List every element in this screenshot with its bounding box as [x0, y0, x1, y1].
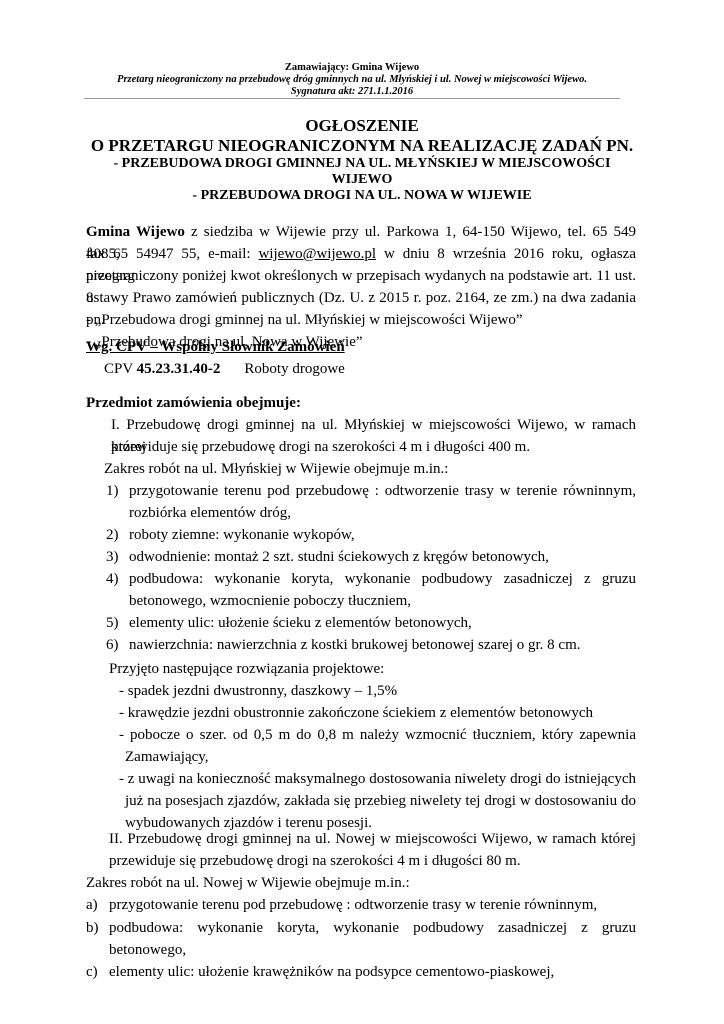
- title-subtitle: O PRZETARGU NIEOGRANICZONYM NA REALIZACJ…: [84, 136, 640, 156]
- cpv-line: CPV 45.23.31.40-2Roboty drogowe: [104, 358, 345, 380]
- part1-item-1: przygotowanie terenu pod przebudowę : od…: [129, 480, 636, 502]
- document-page: Zamawiający: Gmina Wijewo Przetarg nieog…: [0, 0, 724, 1024]
- title-announcement: OGŁOSZENIE: [84, 116, 640, 136]
- header-reference: Sygnatura akt: 271.1.1.2016: [84, 86, 620, 98]
- part2-works-heading: Zakres robót na ul. Nowej w Wijewie obej…: [86, 872, 410, 894]
- title-task2: - PRZEBUDOWA DROGI NA UL. NOWA W WIJEWIE: [84, 188, 640, 204]
- intro-task1: - „Przebudowa drogi gminnej na ul. Młyńs…: [86, 309, 523, 331]
- header-ordering-party: Zamawiający: Gmina Wijewo: [84, 62, 620, 74]
- part2-item-b: podbudowa: wykonanie koryta, wykonanie p…: [109, 917, 636, 939]
- title-task1-cont: WIJEWO: [84, 172, 640, 188]
- part1-item-6: nawierzchnia: nawierzchnia z kostki bruk…: [129, 634, 581, 656]
- scope-heading: Przedmiot zamówienia obejmuje:: [86, 392, 301, 414]
- solution-1: - spadek jezdni dwustronny, daszkowy – 1…: [119, 680, 397, 702]
- email-link[interactable]: wijewo@wijewo.pl: [258, 246, 376, 262]
- part1-intro-line2: przewiduje się przebudowę drogi na szero…: [111, 436, 530, 458]
- part2-intro-line1: II. Przebudowę drogi gminnej na ul. Nowe…: [109, 828, 636, 850]
- solution-2: - krawędzie jezdni obustronnie zakończon…: [119, 702, 593, 724]
- solutions-heading: Przyjęto następujące rozwiązania projekt…: [109, 658, 384, 680]
- part2-item-c: elementy ulic: ułożenie krawężników na p…: [109, 961, 554, 983]
- part2-item-a: przygotowanie terenu pod przebudowę : od…: [109, 894, 597, 916]
- solution-3: - pobocze o szer. od 0,5 m do 0,8 m nale…: [119, 724, 636, 746]
- header-tender-subject: Przetarg nieograniczony na przebudowę dr…: [84, 74, 620, 86]
- part1-item-5: elementy ulic: ułożenie ścieku z element…: [129, 612, 472, 634]
- part1-item-4: podbudowa: wykonanie koryta, wykonanie p…: [129, 568, 636, 590]
- cpv-heading: Wg. CPV – Wspólny Słownik Zamówień: [86, 336, 345, 358]
- part1-item-3: odwodnienie: montaż 2 szt. studni ścieko…: [129, 546, 549, 568]
- part1-works-heading: Zakres robót na ul. Młyńskiej w Wijewie …: [104, 458, 448, 480]
- part2-intro-line2: przewiduje się przebudowę drogi na szero…: [109, 850, 521, 872]
- part1-item-2: roboty ziemne: wykonanie wykopów,: [129, 524, 355, 546]
- org-name: Gmina Wijewo: [86, 224, 185, 240]
- title-task1: - PRZEBUDOWA DROGI GMINNEJ NA UL. MŁYŃSK…: [84, 156, 640, 172]
- cpv-code: 45.23.31.40-2: [137, 361, 221, 377]
- cpv-description: Roboty drogowe: [244, 361, 344, 377]
- header-divider: [84, 98, 620, 99]
- solution-4: - z uwagi na konieczność maksymalnego do…: [119, 768, 636, 790]
